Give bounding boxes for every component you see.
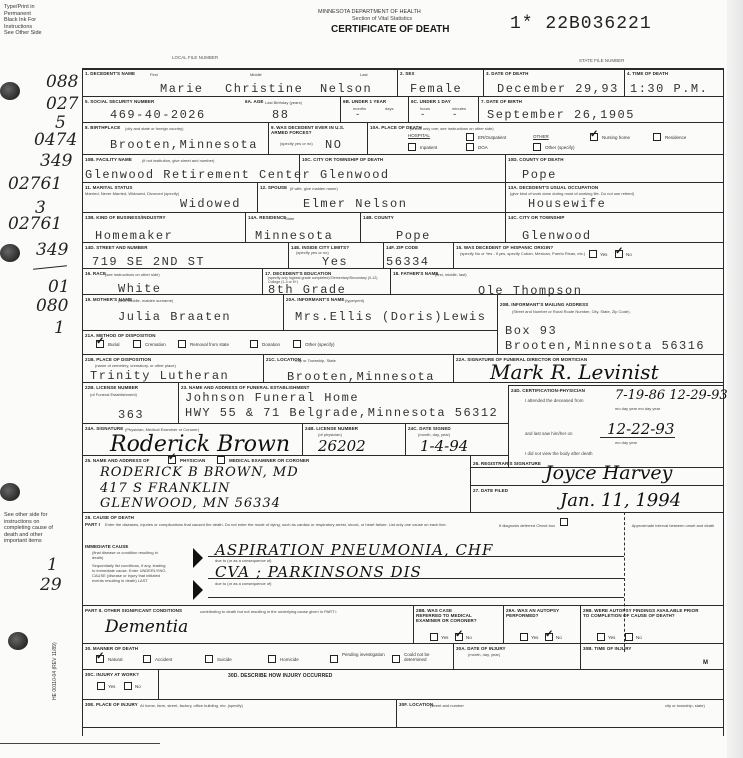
f20a-label: 20a. INFORMANT'S NAME (286, 297, 344, 302)
divider (158, 669, 159, 699)
date-signed-value[interactable]: 1-4-94 (420, 437, 468, 455)
f30f-sub2: city or township, state) (665, 703, 705, 708)
row-line (82, 605, 724, 606)
hispanic-no-checkbox[interactable] (615, 250, 623, 258)
punch-hole (8, 632, 28, 650)
row-line (82, 330, 497, 331)
disposition-other-label: Other (specify) (305, 342, 335, 347)
f13b-label: 13b. KIND OF BUSINESS/INDUSTRY (85, 215, 166, 220)
f26-label: 26. REGISTRAR'S SIGNATURE (473, 461, 541, 466)
funeral-home-address[interactable]: HWY 55 & 71 Belgrade,Minnesota 56312 (185, 406, 498, 420)
f30a-sub: (month, day, year) (468, 652, 500, 657)
f10a-sub: (check only one; see instructions on oth… (410, 126, 494, 131)
armed-forces-value[interactable]: NO (325, 138, 342, 152)
divider (262, 268, 263, 294)
f20b-label: 20b. INFORMANT'S MAILING ADDRESS (500, 302, 588, 307)
marital-status-value[interactable]: Widowed (180, 197, 241, 211)
divider (408, 96, 409, 122)
divider (580, 643, 581, 669)
divider (340, 96, 341, 122)
physician-name-line[interactable]: RODERICK B BROWN, MD (100, 465, 299, 480)
agency-name: MINNESOTA DEPARTMENT OF HEALTH (318, 9, 421, 15)
place-doa-checkbox[interactable] (466, 143, 474, 151)
diagnosis-deferred-label: If diagnosis deferred Check box (496, 523, 558, 528)
f6b-label: 6b. UNDER 1 YEAR (343, 99, 386, 104)
interval-label: Approximate interval between onset and d… (628, 523, 718, 528)
row-line (82, 212, 724, 213)
f15-label: 15. WAS DECEDENT OF HISPANIC ORIGIN? (456, 245, 553, 250)
registrar-signature[interactable]: Joyce Harvey (545, 462, 672, 484)
decedent-last-name[interactable]: Nelson (320, 82, 372, 96)
f6c-minutes-value[interactable]: - (452, 110, 459, 120)
zip-value[interactable]: 56334 (386, 255, 430, 269)
mother-name-value[interactable]: Julia Braaten (118, 310, 231, 324)
f6b-months-value[interactable]: - (355, 110, 362, 120)
f10b-sub: (if not institution, give street and num… (142, 158, 214, 163)
physician-label: PHYSICIAN (180, 458, 205, 463)
physician-address-line[interactable]: 417 S FRANKLIN (100, 481, 230, 496)
f15-sub: (specify No or Yes - if yes, specify Cub… (460, 251, 590, 256)
injury-work-yes-label: Yes (108, 684, 115, 689)
margin-code: 088 (46, 72, 78, 92)
punch-hole (0, 82, 20, 100)
row-line (82, 699, 724, 700)
f6c-hours-value[interactable]: - (420, 110, 427, 120)
divider (505, 154, 506, 182)
divider (453, 242, 454, 268)
injury-work-yes-checkbox[interactable] (97, 682, 105, 690)
row-line (82, 182, 724, 183)
other-group-label: OTHER (533, 134, 549, 139)
findings-no-checkbox[interactable] (625, 633, 633, 641)
row-line (82, 154, 724, 155)
father-name-value[interactable]: Ole Thompson (478, 284, 582, 298)
f21b-sub: (name of cemetery, crematory, or other p… (95, 363, 176, 368)
spouse-value[interactable]: Elmer Nelson (303, 197, 407, 211)
informant-address-line2[interactable]: Brooten,Minnesota 56316 (505, 339, 705, 353)
disposition-removal-checkbox[interactable] (178, 340, 186, 348)
last-seen-sub: mo day year (615, 440, 637, 445)
disposition-cremation-label: Cremation (145, 342, 166, 347)
f27-label: 27. DATE FILED (473, 488, 508, 493)
f10c-label: 10c. CITY OR TOWNSHIP OF DEATH (302, 157, 383, 162)
f6a-sub: Last Birthday (years) (265, 100, 302, 105)
f30f-sub: (street and number (430, 703, 464, 708)
scan-edge (0, 743, 160, 744)
divider (453, 643, 454, 669)
divider (624, 68, 625, 96)
date-of-death-value[interactable]: December 29,93 (497, 82, 619, 96)
place-residence-checkbox[interactable] (653, 133, 661, 141)
f1-sub-last: Last (360, 72, 368, 77)
row-line (82, 268, 724, 269)
disposition-removal-label: Removal from state (190, 342, 229, 347)
f19-sub: (first, middle, maiden surname) (118, 298, 173, 303)
f3-label: 3. DATE OF DEATH (486, 71, 528, 76)
form-id: HE 00110-04 (REV 11/89) (52, 642, 58, 700)
f16-label: 16. RACE (85, 271, 106, 276)
disposition-cremation-checkbox[interactable] (133, 340, 141, 348)
f14a-label: 14a. RESIDENCE (248, 215, 286, 220)
margin-code: 29 (40, 575, 62, 595)
informant-name-value[interactable]: Mrs.Ellis (Doris)Lewis (295, 310, 486, 324)
row-line (82, 423, 508, 424)
f18-label: 18. FATHER'S NAME (393, 271, 438, 276)
attended-text: I attended the deceased from (525, 398, 584, 403)
disposition-burial-checkbox[interactable] (96, 340, 104, 348)
f16-sub: (see instructions on other side) (105, 272, 160, 277)
row-line (508, 385, 724, 386)
place-other-label: Other (specify) (545, 145, 575, 150)
form-border-left (82, 68, 83, 736)
part1-instructions: Enter the diseases, injuries or complica… (105, 522, 495, 527)
margin-code: 02761 (8, 214, 62, 234)
physician-checkbox[interactable] (168, 456, 176, 464)
hispanic-yes-label: Yes (600, 252, 607, 257)
divider (478, 96, 479, 122)
disposition-other-checkbox[interactable] (293, 340, 301, 348)
decedent-middle-name[interactable]: Christine (225, 82, 303, 96)
place-inpatient-label: Inpatient (420, 145, 437, 150)
manner-natural-label: Natural (108, 657, 123, 662)
f10b-label: 10b. FACILITY NAME (85, 157, 132, 162)
disposition-donation-label: Donation (262, 342, 280, 347)
due-to-label: due to (or as a consequence of) (215, 581, 271, 586)
f2-label: 2. SEX (400, 71, 415, 76)
immediate-cause-label: IMMEDIATE CAUSE (85, 544, 128, 549)
f24a-label: 24a. SIGNATURE (85, 426, 123, 431)
occupation-value[interactable]: Housewife (528, 197, 606, 211)
divider (288, 242, 289, 268)
manner-undetermined-checkbox[interactable] (392, 655, 400, 663)
f11-sub: Married, Never Married, Widowed, Divorce… (85, 191, 205, 196)
f18-sub: (first, middle, last) (435, 272, 467, 277)
manner-pending-label: Pending investigation (342, 652, 387, 657)
form-border-bottom (82, 727, 724, 728)
row-line (82, 242, 724, 243)
row-line (82, 96, 724, 97)
row-line (82, 455, 508, 456)
inside-city-limits-value[interactable]: Yes (322, 255, 348, 269)
ssn-value[interactable]: 469-40-2026 (110, 108, 206, 122)
f30b-label: 30b. TIME OF INJURY (583, 646, 632, 651)
attended-dates-value[interactable]: 7-19-86 12-29-93 (615, 388, 728, 403)
divider (396, 699, 397, 727)
divider (268, 122, 269, 154)
local-file-number-label: LOCAL FILE NUMBER (172, 55, 218, 60)
sex-value[interactable]: Female (410, 82, 462, 96)
f1-sub-first: First (150, 72, 158, 77)
viewed-body-text: I did not view the body after death (525, 451, 593, 456)
place-er-label: ER/Outpatient (478, 135, 506, 140)
cause-line (208, 556, 624, 557)
f25-label: 25. NAME AND ADDRESS OF (85, 458, 149, 463)
f11-label: 11. MARITAL STATUS (85, 185, 132, 190)
autopsy-no-label: No (556, 635, 562, 640)
divider (245, 212, 246, 242)
autopsy-no-checkbox[interactable] (545, 633, 553, 641)
f24d-label: 24d. CERTIFICATION-PHYSICIAN (511, 388, 585, 393)
f8-label: 8. BIRTHPLACE (85, 125, 120, 130)
referred-yes-label: Yes (441, 635, 448, 640)
f10d-label: 10d. COUNTY OF DEATH (508, 157, 564, 162)
divider (503, 605, 504, 643)
manner-pending-checkbox[interactable] (330, 655, 338, 663)
divider (483, 68, 484, 96)
f30e-label: 30e. PLACE OF INJURY (85, 702, 138, 707)
f20a-sub: (type/print) (345, 298, 364, 303)
injury-work-no-checkbox[interactable] (124, 682, 132, 690)
row-line (470, 485, 724, 486)
pointer-arrow-icon (193, 580, 203, 600)
divider (283, 294, 284, 330)
f30e-sub: At home, farm, street, factory, office b… (140, 703, 243, 708)
physician-city-line[interactable]: GLENWOOD, MN 56334 (100, 496, 281, 511)
f1-sub-middle: Middle (250, 72, 262, 77)
f14a-sub: State (285, 216, 294, 221)
birthplace-value[interactable]: Brooten,Minnesota (110, 138, 258, 152)
f6c-label: 6c. UNDER 1 DAY (411, 99, 451, 104)
referred-yes-checkbox[interactable] (430, 633, 438, 641)
informant-address-line1[interactable]: Box 93 (505, 324, 557, 338)
findings-no-label: No (636, 635, 642, 640)
divider (302, 423, 303, 455)
manner-suicide-label: Suicide (217, 657, 232, 662)
divider (397, 68, 398, 96)
divider (405, 423, 406, 455)
referred-no-label: No (466, 635, 472, 640)
other-conditions-value[interactable]: Dementia (105, 617, 188, 637)
margin-code: 349 (36, 240, 68, 260)
part2-sub: contributing to death but not resulting … (200, 609, 337, 614)
divider (497, 294, 498, 354)
divider (413, 605, 414, 643)
facility-name-value[interactable]: Glenwood Retirement Center (85, 168, 311, 182)
referred-no-checkbox[interactable] (455, 633, 463, 641)
physician-license-value[interactable]: 26202 (318, 437, 366, 455)
row-line (82, 122, 724, 123)
divider (360, 212, 361, 242)
divider (505, 212, 506, 242)
margin-instructions-cause: See other side for instructions on compl… (4, 512, 58, 545)
place-er-checkbox[interactable] (466, 133, 474, 141)
cause-line (208, 578, 624, 579)
f8-sub: (city and state or foreign country) (125, 126, 183, 131)
place-doa-label: DOA (478, 145, 488, 150)
f12-label: 12. SPOUSE (260, 185, 287, 190)
margin-code: 02761 (8, 174, 62, 194)
f6b-sub-days: days (385, 106, 393, 111)
row-line (82, 669, 724, 670)
divider (178, 382, 179, 423)
punch-hole (0, 483, 20, 501)
place-of-disposition-value[interactable]: Trinity Lutheran (90, 369, 229, 383)
margin-code: 027 (46, 94, 78, 114)
f29b-label: 29b. WERE AUTOPSY FINDINGS AVAILABLE PRI… (583, 608, 703, 618)
time-of-injury-suffix: M (703, 660, 708, 666)
section-name: Section of Vital Statistics (352, 16, 412, 22)
f23-label: 23. NAME AND ADDRESS OF FUNERAL ESTABLIS… (181, 385, 310, 390)
f30-label: 30. MANNER OF DEATH (85, 646, 138, 651)
divider (580, 605, 581, 643)
pointer-arrow-icon (193, 548, 203, 568)
last-seen-value[interactable]: 12-22-93 (607, 420, 674, 438)
last-seen-text: and last saw him/her on (525, 431, 573, 436)
margin-code: 0474 (34, 130, 77, 150)
place-other-checkbox[interactable] (533, 143, 541, 151)
f4-label: 4. TIME OF DEATH (627, 71, 668, 76)
divider (508, 385, 509, 467)
findings-yes-label: Yes (608, 635, 615, 640)
place-inpatient-checkbox[interactable] (408, 143, 416, 151)
f29a-label: 29a. WAS AN AUTOPSY PERFORMED? (506, 608, 576, 618)
dashed-divider (624, 512, 625, 652)
autopsy-yes-label: Yes (531, 635, 538, 640)
f14d-label: 14d. STREET AND NUMBER (85, 245, 148, 250)
f24b-label: 24b. LICENSE NUMBER (305, 426, 358, 431)
street-value[interactable]: 719 SE 2ND ST (92, 255, 205, 269)
place-nursing-home-label: Nursing home (602, 135, 630, 140)
f28b-label: 28b. WAS CASE REFERRED TO MEDICAL EXAMIN… (416, 608, 478, 623)
f14b-label: 14b. COUNTY (363, 215, 394, 220)
f14f-label: 14f. ZIP CODE (386, 245, 418, 250)
business-value[interactable]: Homemaker (95, 229, 173, 243)
margin-code: 080 (36, 296, 68, 316)
part2-label: PART II. OTHER SIGNIFICANT CONDITIONS (85, 608, 182, 613)
row-line (82, 294, 724, 295)
manner-homicide-label: Homicide (280, 657, 299, 662)
disposition-donation-checkbox[interactable] (250, 340, 258, 348)
divider (505, 182, 506, 212)
place-nursing-home-checkbox[interactable] (590, 133, 598, 141)
document-title: CERTIFICATE OF DEATH (331, 24, 450, 35)
f28-label: 28. CAUSE OF DEATH (85, 515, 134, 520)
manner-accident-checkbox[interactable] (143, 655, 151, 663)
sequential-instructions: Sequentially list conditions, if any, le… (92, 563, 167, 583)
county-of-death-value[interactable]: Pope (522, 168, 557, 182)
divider (470, 455, 471, 512)
injury-work-no-label: No (135, 684, 141, 689)
divider (263, 354, 264, 382)
manner-suicide-checkbox[interactable] (205, 655, 213, 663)
margin-code: 01 (48, 277, 70, 297)
cause-line (208, 597, 624, 598)
age-value[interactable]: 88 (272, 108, 289, 122)
part1-label: PART I (85, 522, 100, 527)
funeral-director-signature[interactable]: Mark R. Levinist (490, 360, 659, 384)
hospital-group-label: HOSPITAL (408, 133, 430, 138)
f1-label: 1. DECEDENT'S NAME (85, 71, 135, 76)
f7-label: 7. DATE OF BIRTH (481, 99, 522, 104)
f9-label: 9. WAS DECEDENT EVER IN U.S. ARMED FORCE… (271, 125, 361, 135)
margin-code: 1 (54, 318, 65, 338)
f6a-label: 6a. AGE (245, 99, 264, 104)
autopsy-yes-checkbox[interactable] (520, 633, 528, 641)
f30d-label: 30d. DESCRIBE HOW INJURY OCCURRED (228, 673, 332, 679)
punch-hole (0, 244, 20, 262)
f12-sub: (if wife, give maiden name) (290, 186, 338, 191)
row-line (82, 512, 724, 513)
date-filed-value[interactable]: Jan. 11, 1994 (560, 490, 681, 511)
residence-city-value[interactable]: Glenwood (522, 229, 592, 243)
f22b-sub: (of Funeral Establishment) (90, 392, 137, 397)
f21b-label: 21b. PLACE OF DISPOSITION (85, 357, 151, 362)
f30c-label: 30c. INJURY AT WORK? (85, 672, 139, 677)
state-file-number-label: STATE FILE NUMBER (579, 58, 624, 63)
hispanic-no-label: No (626, 252, 632, 257)
place-residence-label: Residence (665, 135, 686, 140)
manner-undetermined-label: Could not be determined (404, 652, 449, 662)
residence-state-value[interactable]: Minnesota (255, 229, 333, 243)
margin-code: 1 (47, 555, 58, 575)
row-line (82, 643, 724, 644)
manner-accident-label: Accident (155, 657, 172, 662)
city-of-death-value[interactable]: Glenwood (320, 168, 390, 182)
f30f-label: 30f. LOCATION (399, 702, 433, 707)
immediate-cause-sub: (final disease or condition resulting in… (92, 550, 162, 560)
margin-instructions: Type/Print in Permanent Black Ink For In… (4, 4, 42, 37)
form-border-top (82, 68, 724, 70)
f20b-sub: (Street and Number or Rural Route Number… (512, 309, 630, 314)
diagnosis-deferred-checkbox[interactable] (560, 518, 568, 526)
f13a-sub: (give kind of work done during most of w… (510, 191, 710, 196)
f14c-label: 14c. CITY OR TOWNSHIP (508, 215, 564, 220)
certificate-number: 1* 22B036221 (510, 14, 652, 34)
margin-code: 349 (40, 151, 72, 171)
funeral-home-name[interactable]: Johnson Funeral Home (185, 391, 359, 405)
attended-date-sub: mo day year mo day year (615, 406, 660, 411)
divider (390, 268, 391, 294)
scan-edge (727, 0, 743, 758)
funeral-license-value[interactable]: 363 (118, 408, 144, 422)
manner-natural-checkbox[interactable] (96, 655, 104, 663)
time-of-death-value[interactable]: 1:30 P.M. (630, 82, 708, 96)
f22b-label: 22b. LICENSE NUMBER (85, 385, 138, 390)
hispanic-yes-checkbox[interactable] (589, 250, 597, 258)
f5-label: 5. SOCIAL SECURITY NUMBER (85, 99, 154, 104)
f9-sub: (specify yes or no) (280, 141, 313, 146)
divider (383, 242, 384, 268)
divider (453, 354, 454, 382)
divider (367, 122, 368, 154)
row-line (82, 354, 724, 355)
physician-signature[interactable]: Roderick Brown (110, 432, 290, 457)
divider (299, 154, 300, 182)
divider (257, 182, 258, 212)
disposition-burial-label: Burial (108, 342, 120, 347)
f30a-label: 30a. DATE OF INJURY (456, 646, 506, 651)
manner-homicide-checkbox[interactable] (268, 655, 276, 663)
f24c-label: 24c. DATE SIGNED (408, 426, 451, 431)
date-of-birth-value[interactable]: September 26,1905 (487, 108, 635, 122)
margin-divider (33, 265, 67, 270)
f21c-sub: City or Township, State (295, 358, 336, 363)
medical-examiner-checkbox[interactable] (217, 456, 225, 464)
findings-yes-checkbox[interactable] (597, 633, 605, 641)
residence-county-value[interactable]: Pope (396, 229, 431, 243)
f13a-label: 13a. DECEDENT'S USUAL OCCUPATION (508, 185, 598, 190)
medical-examiner-label: MEDICAL EXAMINER OR CORONER (229, 458, 309, 463)
decedent-first-name[interactable]: Marie (160, 82, 204, 96)
